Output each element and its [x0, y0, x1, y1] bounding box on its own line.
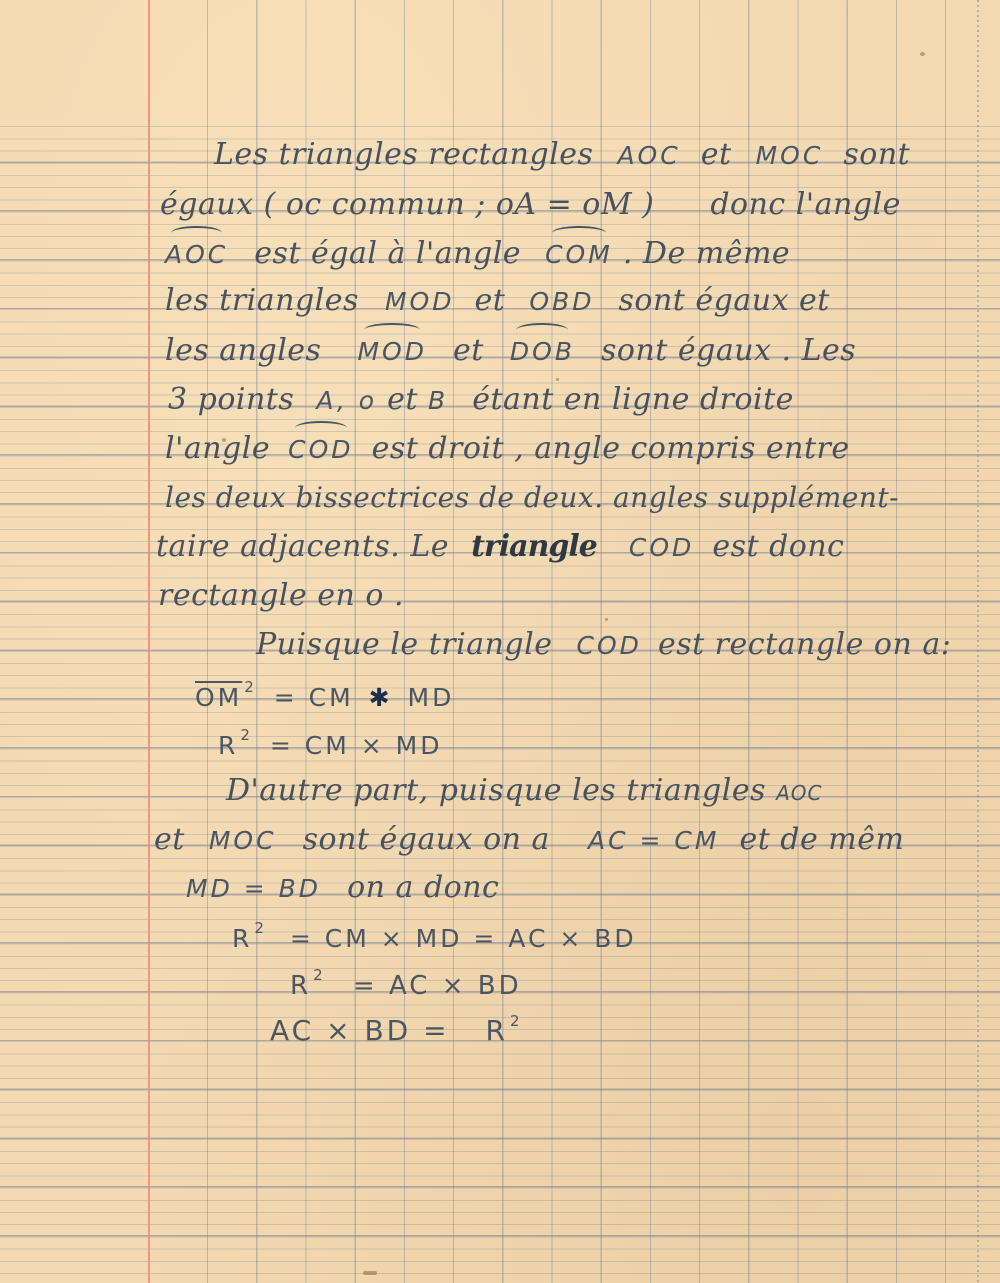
label-cod: COD	[577, 631, 642, 660]
exponent: 2	[240, 726, 253, 744]
notebook-page: Les triangles rectangles AOC et MOC sont…	[0, 0, 1000, 1283]
label-moc: MOC	[209, 826, 277, 855]
angle-aoc: AOC	[165, 242, 228, 267]
equation-final-result: AC × BD = R2	[270, 1014, 523, 1045]
text: et	[154, 822, 185, 857]
angle-cod: COD	[288, 437, 353, 462]
equation-r-squared-3: R2 = AC × BD	[290, 968, 522, 999]
label-mod: MOD	[385, 287, 455, 316]
text: D'autre part, puisque les triangles	[226, 773, 766, 808]
text: et	[701, 137, 732, 172]
p1-line9: taire adjacents. Le triangle COD est don…	[156, 532, 844, 562]
radius-r: R	[232, 924, 252, 953]
text: est égal à l'angle	[254, 236, 521, 271]
handwritten-content: Les triangles rectangles AOC et MOC sont…	[0, 0, 1000, 1283]
text: sont égaux . Les	[601, 333, 856, 368]
radius-r: R	[290, 971, 311, 1001]
equality-ac-cm: AC = CM	[588, 826, 719, 855]
text: = CM × MD = AC × BD	[290, 924, 637, 953]
angle-com: COM	[545, 242, 613, 267]
text: Puisque le triangle	[256, 627, 552, 662]
label-cod: COD	[629, 533, 694, 562]
p1-line4: les triangles MOD et OBD sont égaux et	[165, 286, 830, 316]
text: et	[475, 283, 506, 318]
exponent: 2	[510, 1012, 523, 1030]
label-obd: OBD	[529, 287, 594, 316]
point-b: B	[428, 386, 448, 415]
text: les angles	[165, 333, 321, 368]
text: et	[453, 333, 484, 368]
text: égaux ( oc commun ; oA = oM )	[160, 187, 654, 222]
radius-r: R	[218, 731, 238, 760]
angle-dob: DOB	[510, 339, 575, 364]
p1-line8: les deux bissectrices de deux. angles su…	[165, 484, 899, 512]
p3-line3: MD = BD on a donc	[186, 873, 499, 903]
label-moc: MOC	[756, 141, 824, 170]
text: = CM × MD	[270, 731, 443, 760]
radius-r: R	[486, 1014, 508, 1047]
label-aoc: AOC	[776, 781, 822, 805]
p3-line2: et MOC sont égaux on a AC = CM et de mêm	[154, 825, 904, 855]
text: et	[387, 382, 418, 417]
text: taire adjacents. Le	[156, 529, 449, 564]
text: AC × BD =	[270, 1014, 450, 1047]
label-aoc: AOC	[617, 141, 680, 170]
text: est droit , angle compris entre	[372, 431, 850, 466]
exponent: 2	[313, 966, 326, 984]
text: donc l'angle	[710, 187, 901, 222]
equation-om-squared: OM2 = CM ✱ MD	[195, 680, 454, 710]
equality-md-bd: MD = BD	[186, 874, 321, 903]
text: Les triangles rectangles	[214, 137, 593, 172]
equation-r-squared-1: R2 = CM × MD	[218, 728, 442, 758]
overwritten-word: triangle	[471, 529, 597, 564]
text: = CM	[274, 683, 354, 712]
text: est rectangle on a:	[658, 627, 951, 662]
text: l'angle	[165, 431, 270, 466]
p1-line3: AOC est égal à l'angle COM . De même	[165, 239, 790, 269]
p1-line7: l'angle COD est droit , angle compris en…	[165, 434, 850, 464]
equation-r-squared-2: R2 = CM × MD = AC × BD	[232, 921, 637, 951]
points-a-o: A, o	[316, 386, 377, 415]
text: sont égaux et	[619, 283, 830, 318]
exponent: 2	[254, 919, 267, 937]
text: rectangle en o .	[158, 578, 404, 613]
segment-om: OM	[195, 683, 242, 712]
text: les triangles	[165, 283, 359, 318]
p1-line1: Les triangles rectangles AOC et MOC sont	[214, 140, 910, 170]
p3-line1: D'autre part, puisque les triangles AOC	[226, 776, 822, 806]
text: = AC × BD	[353, 971, 522, 1001]
multiply-star-icon: ✱	[369, 683, 393, 712]
text: les deux bissectrices de deux. angles su…	[165, 481, 899, 514]
exponent: 2	[244, 678, 257, 696]
text: étant en ligne droite	[472, 382, 794, 417]
p1-line10: rectangle en o .	[158, 581, 404, 611]
text: . De même	[623, 236, 790, 271]
text: 3 points	[168, 382, 294, 417]
text: sont	[843, 137, 910, 172]
text: MD	[408, 683, 455, 712]
text: on a donc	[347, 870, 499, 905]
text: est donc	[712, 529, 844, 564]
p1-line2: égaux ( oc commun ; oA = oM ) donc l'ang…	[160, 190, 901, 220]
p2-line1: Puisque le triangle COD est rectangle on…	[256, 630, 951, 660]
p1-line6: 3 points A, o et B étant en ligne droite	[168, 385, 794, 415]
text: et de mêm	[739, 822, 904, 857]
p1-line5: les angles MOD et DOB sont égaux . Les	[165, 336, 856, 366]
text: sont égaux on a	[303, 822, 550, 857]
angle-mod: MOD	[357, 339, 427, 364]
